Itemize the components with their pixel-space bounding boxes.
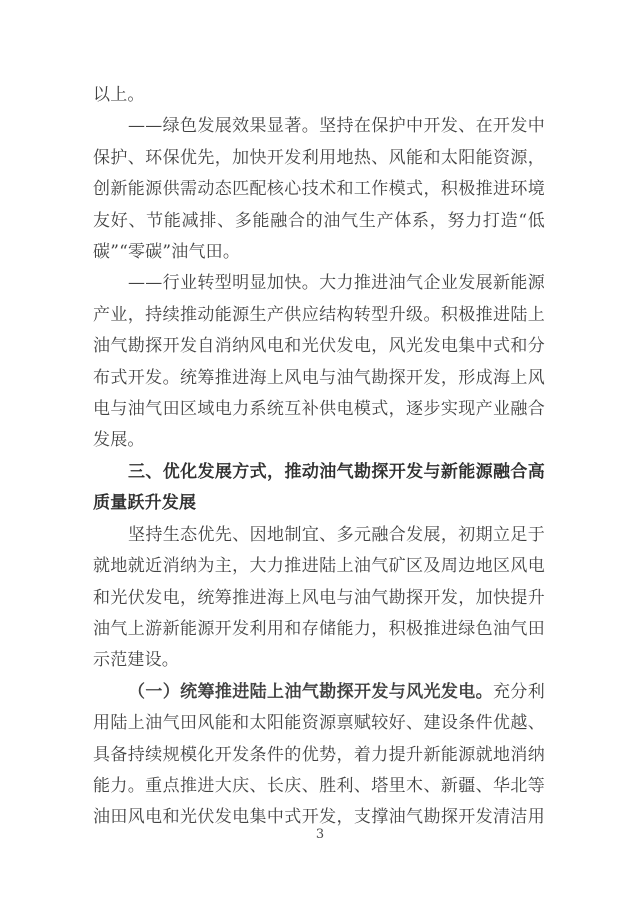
emphasis-text-run: 三、优化发展方式，推动油气勘探开发与新能源融合高 <box>128 462 545 482</box>
body-text-line: 碳”“零碳”油气田。 <box>93 237 545 268</box>
text-run: 产业，持续推动能源生产供应结构转型升级。积极推进陆上 <box>93 305 545 325</box>
text-run: 以上。 <box>93 85 145 105</box>
text-run: 保护、环保优先，加快开发利用地热、风能和太阳能资源， <box>93 148 545 168</box>
emphasis-text-run: 质量跃升发展 <box>93 493 196 513</box>
text-run: 坚持生态优先、因地制宜、多元融合发展，初期立足于 <box>128 525 545 545</box>
body-text-line: 油气勘探开发自消纳风电和光伏发电，风光发电集中式和分 <box>93 331 545 362</box>
text-run: 发展。 <box>93 430 145 450</box>
body-text-line: 布式开发。统筹推进海上风电与油气勘探开发，形成海上风 <box>93 363 545 394</box>
page-number: 3 <box>0 827 640 843</box>
body-text-line: ——绿色发展效果显著。坚持在保护中开发、在开发中 <box>93 111 545 142</box>
text-run: 创新能源供需动态匹配核心技术和工作模式，积极推进环境 <box>93 179 545 199</box>
body-text-line: 创新能源供需动态匹配核心技术和工作模式，积极推进环境 <box>93 174 545 205</box>
body-text-line: 具备持续规模化开发条件的优势，着力提升新能源就地消纳 <box>93 740 545 771</box>
text-run: 和光伏发电，统筹推进海上风电与油气勘探开发，加快提升 <box>93 588 545 608</box>
text-run: ——行业转型明显加快。大力推进油气企业发展新能源 <box>128 273 545 293</box>
text-run: 碳”“零碳”油气田。 <box>93 242 240 262</box>
body-text-line: 产业，持续推动能源生产供应结构转型升级。积极推进陆上 <box>93 300 545 331</box>
body-text-line: 用陆上油气田风能和太阳能资源禀赋较好、建设条件优越、 <box>93 708 545 739</box>
body-text-line: 友好、节能减排、多能融合的油气生产体系，努力打造“低 <box>93 206 545 237</box>
body-text-line: 能力。重点推进大庆、长庆、胜利、塔里木、新疆、华北等 <box>93 771 545 802</box>
text-run: 友好、节能减排、多能融合的油气生产体系，努力打造“低 <box>93 211 545 231</box>
document-page: 以上。——绿色发展效果显著。坚持在保护中开发、在开发中保护、环保优先，加快开发利… <box>0 0 640 905</box>
text-run: 具备持续规模化开发条件的优势，着力提升新能源就地消纳 <box>93 745 545 765</box>
text-run: 就地就近消纳为主，大力推进陆上油气矿区及周边地区风电 <box>93 556 545 576</box>
text-run: ——绿色发展效果显著。坚持在保护中开发、在开发中 <box>128 116 545 136</box>
body-text-line: （一）统筹推进陆上油气勘探开发与风光发电。充分利 <box>93 677 545 708</box>
body-text-line: ——行业转型明显加快。大力推进油气企业发展新能源 <box>93 268 545 299</box>
body-text-line: 坚持生态优先、因地制宜、多元融合发展，初期立足于 <box>93 520 545 551</box>
text-run: 布式开发。统筹推进海上风电与油气勘探开发，形成海上风 <box>93 368 545 388</box>
text-run: 示范建设。 <box>93 650 179 670</box>
document-body: 以上。——绿色发展效果显著。坚持在保护中开发、在开发中保护、环保优先，加快开发利… <box>93 80 545 834</box>
text-run: 油气勘探开发自消纳风电和光伏发电，风光发电集中式和分 <box>93 336 545 356</box>
body-text-line: 和光伏发电，统筹推进海上风电与油气勘探开发，加快提升 <box>93 583 545 614</box>
text-run: 电与油气田区域电力系统互补供电模式，逐步实现产业融合 <box>93 399 545 419</box>
body-text-line: 以上。 <box>93 80 545 111</box>
body-text-line: 油气上游新能源开发利用和存储能力，积极推进绿色油气田 <box>93 614 545 645</box>
text-run: 用陆上油气田风能和太阳能资源禀赋较好、建设条件优越、 <box>93 713 545 733</box>
text-run: 油气上游新能源开发利用和存储能力，积极推进绿色油气田 <box>93 619 545 639</box>
body-text-line: 保护、环保优先，加快开发利用地热、风能和太阳能资源， <box>93 143 545 174</box>
text-run: 充分利 <box>493 682 545 702</box>
body-text-line: 就地就近消纳为主，大力推进陆上油气矿区及周边地区风电 <box>93 551 545 582</box>
section-heading-line: 质量跃升发展 <box>93 488 545 519</box>
body-text-line: 发展。 <box>93 425 545 456</box>
text-run: 能力。重点推进大庆、长庆、胜利、塔里木、新疆、华北等 <box>93 776 545 796</box>
body-text-line: 示范建设。 <box>93 645 545 676</box>
section-heading-line: 三、优化发展方式，推动油气勘探开发与新能源融合高 <box>93 457 545 488</box>
body-text-line: 电与油气田区域电力系统互补供电模式，逐步实现产业融合 <box>93 394 545 425</box>
text-run: 油田风电和光伏发电集中式开发，支撑油气勘探开发清洁用 <box>93 807 545 827</box>
emphasis-text-run: （一）统筹推进陆上油气勘探开发与风光发电。 <box>128 682 493 702</box>
